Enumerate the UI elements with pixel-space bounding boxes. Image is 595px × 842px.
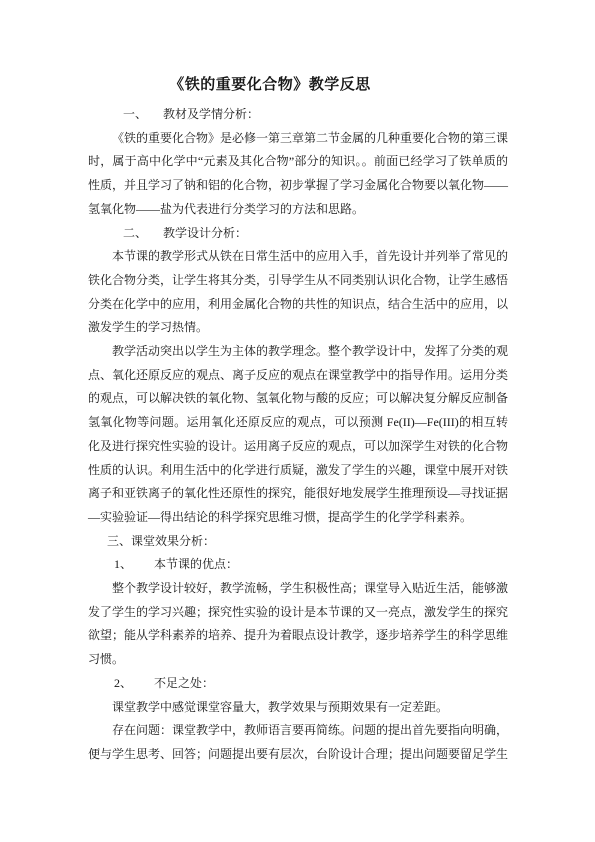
section-heading-label: 教学设计分析：: [163, 226, 247, 240]
paragraph: 《铁的重要化合物》是必修一第三章第二节金属的几种重要化合物的第三课时，属于高中化…: [88, 127, 508, 222]
section-number: 二、: [123, 222, 147, 246]
subsection-number: 2、: [114, 672, 132, 696]
subsection-heading-label: 不足之处：: [154, 676, 214, 690]
paragraph: 整个教学设计较好，教学流畅，学生积极性高；课堂导入贴近生活，能够激发了学生的学习…: [88, 577, 508, 672]
subsection-number: 1、: [114, 553, 132, 577]
subsection-heading-1: 1、本节课的优点：: [88, 553, 508, 577]
document-title: 《铁的重要化合物》教学反思: [88, 75, 452, 95]
paragraph: 存在问题：课堂教学中，教师语言要再简练。问题的提出首先要指向明确，便与学生思考、…: [88, 719, 508, 766]
document-page: 《铁的重要化合物》教学反思 一、教材及学情分析： 《铁的重要化合物》是必修一第三…: [0, 0, 595, 842]
subsection-heading-label: 本节课的优点：: [154, 557, 238, 571]
section-number: 一、: [123, 103, 147, 127]
document-body: 《铁的重要化合物》教学反思 一、教材及学情分析： 《铁的重要化合物》是必修一第三…: [88, 75, 508, 767]
section-heading-label: 教材及学情分析：: [163, 107, 259, 121]
section-heading-label: 课堂效果分析：: [131, 534, 215, 548]
subsection-heading-2: 2、不足之处：: [88, 672, 508, 696]
section-heading-1: 一、教材及学情分析：: [88, 103, 508, 127]
section-number: 三、: [107, 530, 131, 554]
section-heading-3: 三、课堂效果分析：: [88, 530, 508, 554]
paragraph: 课堂教学中感觉课堂容量大，教学效果与预期效果有一定差距。: [88, 696, 508, 720]
paragraph: 教学活动突出以学生为主体的教学理念。整个教学设计中，发挥了分类的观点、氧化还原反…: [88, 340, 508, 530]
section-heading-2: 二、教学设计分析：: [88, 222, 508, 246]
paragraph: 本节课的教学形式从铁在日常生活中的应用入手，首先设计并列举了常见的铁化合物分类，…: [88, 245, 508, 340]
